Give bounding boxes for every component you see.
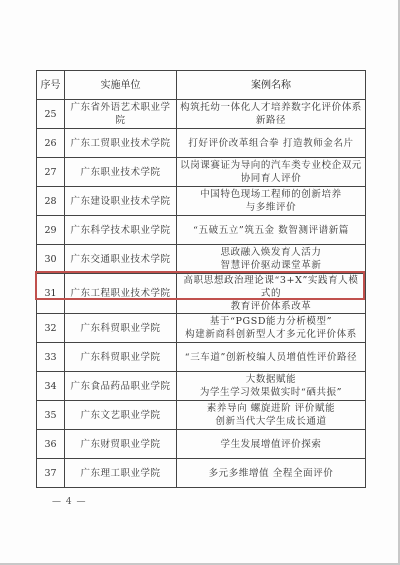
row-unit: 广东文艺职业学院 (65, 401, 177, 430)
case-name-line: 构建新商科创新型人才多元化评价体系 (179, 328, 363, 341)
case-name-line: 打好评价改革组合拳 打造教师金名片 (179, 137, 363, 150)
row-unit: 广东科贸职业学院 (65, 343, 177, 372)
row-unit: 广东工贸职业技术学院 (65, 129, 177, 158)
row-number: 31 (37, 274, 65, 314)
row-number: 29 (37, 216, 65, 245)
case-name-line: 以岗课赛证为导向的汽车类专业校企双元 (179, 159, 363, 172)
page-number: — 4 — (52, 497, 86, 507)
document-page: 序号 实施单位 案例名称 25 广东省外语艺术职业学院 构筑托幼一体化人才培养数… (0, 0, 400, 565)
row-unit: 广东交通职业技术学院 (65, 245, 177, 274)
row-case-name: 构筑托幼一体化人才培养数字化评价体系新路径 (177, 100, 366, 129)
table-row: 28 广东建设职业技术学院 中国特色现场工程师的创新培养与多维评价 (37, 187, 366, 216)
row-case-name: 大数据赋能为学生学习效果做实时“硒共振” (177, 372, 366, 401)
case-name-line: 创新当代大学生成长通道 (179, 415, 363, 428)
case-name-line: “五破五立”筑五金 数智测评谱新篇 (179, 224, 363, 237)
row-unit: 广东省外语艺术职业学院 (65, 100, 177, 129)
row-case-name: “五破五立”筑五金 数智测评谱新篇 (177, 216, 366, 245)
case-name-line: 思政融入焕发育人活力 (179, 246, 363, 259)
case-name-line: 学生发展增值评价探索 (179, 438, 363, 451)
table-row: 36 广东财贸职业学院 学生发展增值评价探索 (37, 430, 366, 459)
row-case-name: 高职思想政治理论课“3+X”实践育人模式的教育评价体系改革 (177, 274, 366, 314)
row-case-name: 基于“PGSD能力分析模型”构建新商科创新型人才多元化评价体系 (177, 314, 366, 343)
case-name-line: 多元多维增值 全程全面评价 (179, 467, 363, 480)
row-number: 28 (37, 187, 65, 216)
table-row: 37 广东理工职业学院 多元多维增值 全程全面评价 (37, 459, 366, 488)
header-number: 序号 (37, 71, 65, 100)
row-number: 25 (37, 100, 65, 129)
row-number: 35 (37, 401, 65, 430)
table-row: 29 广东科学技术职业学院 “五破五立”筑五金 数智测评谱新篇 (37, 216, 366, 245)
row-unit: 广东建设职业技术学院 (65, 187, 177, 216)
row-case-name: 思政融入焕发育人活力智慧评价驱动课堂革新 (177, 245, 366, 274)
row-unit: 广东科学技术职业学院 (65, 216, 177, 245)
row-number: 27 (37, 158, 65, 187)
table-row: 34 广东食品药品职业学院 大数据赋能为学生学习效果做实时“硒共振” (37, 372, 366, 401)
case-name-line: 构筑托幼一体化人才培养数字化评价体系 (179, 101, 363, 114)
row-number: 37 (37, 459, 65, 488)
case-name-line: 教育评价体系改革 (179, 300, 363, 313)
row-unit: 广东职业技术学院 (65, 158, 177, 187)
header-case-name: 案例名称 (177, 71, 366, 100)
table-row: 32 广东科贸职业学院 基于“PGSD能力分析模型”构建新商科创新型人才多元化评… (37, 314, 366, 343)
row-unit: 广东工程职业技术学院 (65, 274, 177, 314)
row-unit: 广东财贸职业学院 (65, 430, 177, 459)
row-case-name: 中国特色现场工程师的创新培养与多维评价 (177, 187, 366, 216)
row-case-name: 多元多维增值 全程全面评价 (177, 459, 366, 488)
row-case-name: 学生发展增值评价探索 (177, 430, 366, 459)
case-name-line: 与多维评价 (179, 201, 363, 214)
row-case-name: “三车道”创新校编人员增值性评价路径 (177, 343, 366, 372)
case-name-line: 大数据赋能 (179, 373, 363, 386)
case-name-line: 为学生学习效果做实时“硒共振” (179, 386, 363, 399)
case-name-line: 高职思想政治理论课“3+X”实践育人模式的 (179, 274, 363, 300)
case-name-line: 协同育人评价 (179, 172, 363, 185)
case-name-line: 基于“PGSD能力分析模型” (179, 315, 363, 328)
row-case-name: 打好评价改革组合拳 打造教师金名片 (177, 129, 366, 158)
table-header-row: 序号 实施单位 案例名称 (37, 71, 366, 100)
row-unit: 广东理工职业学院 (65, 459, 177, 488)
case-name-line: “三车道”创新校编人员增值性评价路径 (179, 351, 363, 364)
table-row: 25 广东省外语艺术职业学院 构筑托幼一体化人才培养数字化评价体系新路径 (37, 100, 366, 129)
row-number: 30 (37, 245, 65, 274)
row-number: 32 (37, 314, 65, 343)
row-number: 34 (37, 372, 65, 401)
table-row-highlighted: 31 广东工程职业技术学院 高职思想政治理论课“3+X”实践育人模式的教育评价体… (37, 274, 366, 314)
table-row: 26 广东工贸职业技术学院 打好评价改革组合拳 打造教师金名片 (37, 129, 366, 158)
row-unit: 广东食品药品职业学院 (65, 372, 177, 401)
case-name-line: 中国特色现场工程师的创新培养 (179, 188, 363, 201)
row-case-name: 以岗课赛证为导向的汽车类专业校企双元协同育人评价 (177, 158, 366, 187)
table-row: 27 广东职业技术学院 以岗课赛证为导向的汽车类专业校企双元协同育人评价 (37, 158, 366, 187)
row-number: 36 (37, 430, 65, 459)
case-name-line: 智慧评价驱动课堂革新 (179, 259, 363, 272)
row-number: 33 (37, 343, 65, 372)
table-row: 30 广东交通职业技术学院 思政融入焕发育人活力智慧评价驱动课堂革新 (37, 245, 366, 274)
row-case-name: 素养导向 螺旋进阶 评价赋能创新当代大学生成长通道 (177, 401, 366, 430)
case-name-line: 新路径 (179, 114, 363, 127)
row-number: 26 (37, 129, 65, 158)
case-table: 序号 实施单位 案例名称 25 广东省外语艺术职业学院 构筑托幼一体化人才培养数… (36, 70, 366, 488)
table-row: 33 广东科贸职业学院 “三车道”创新校编人员增值性评价路径 (37, 343, 366, 372)
row-unit: 广东科贸职业学院 (65, 314, 177, 343)
header-unit: 实施单位 (65, 71, 177, 100)
case-name-line: 素养导向 螺旋进阶 评价赋能 (179, 402, 363, 415)
table-row: 35 广东文艺职业学院 素养导向 螺旋进阶 评价赋能创新当代大学生成长通道 (37, 401, 366, 430)
